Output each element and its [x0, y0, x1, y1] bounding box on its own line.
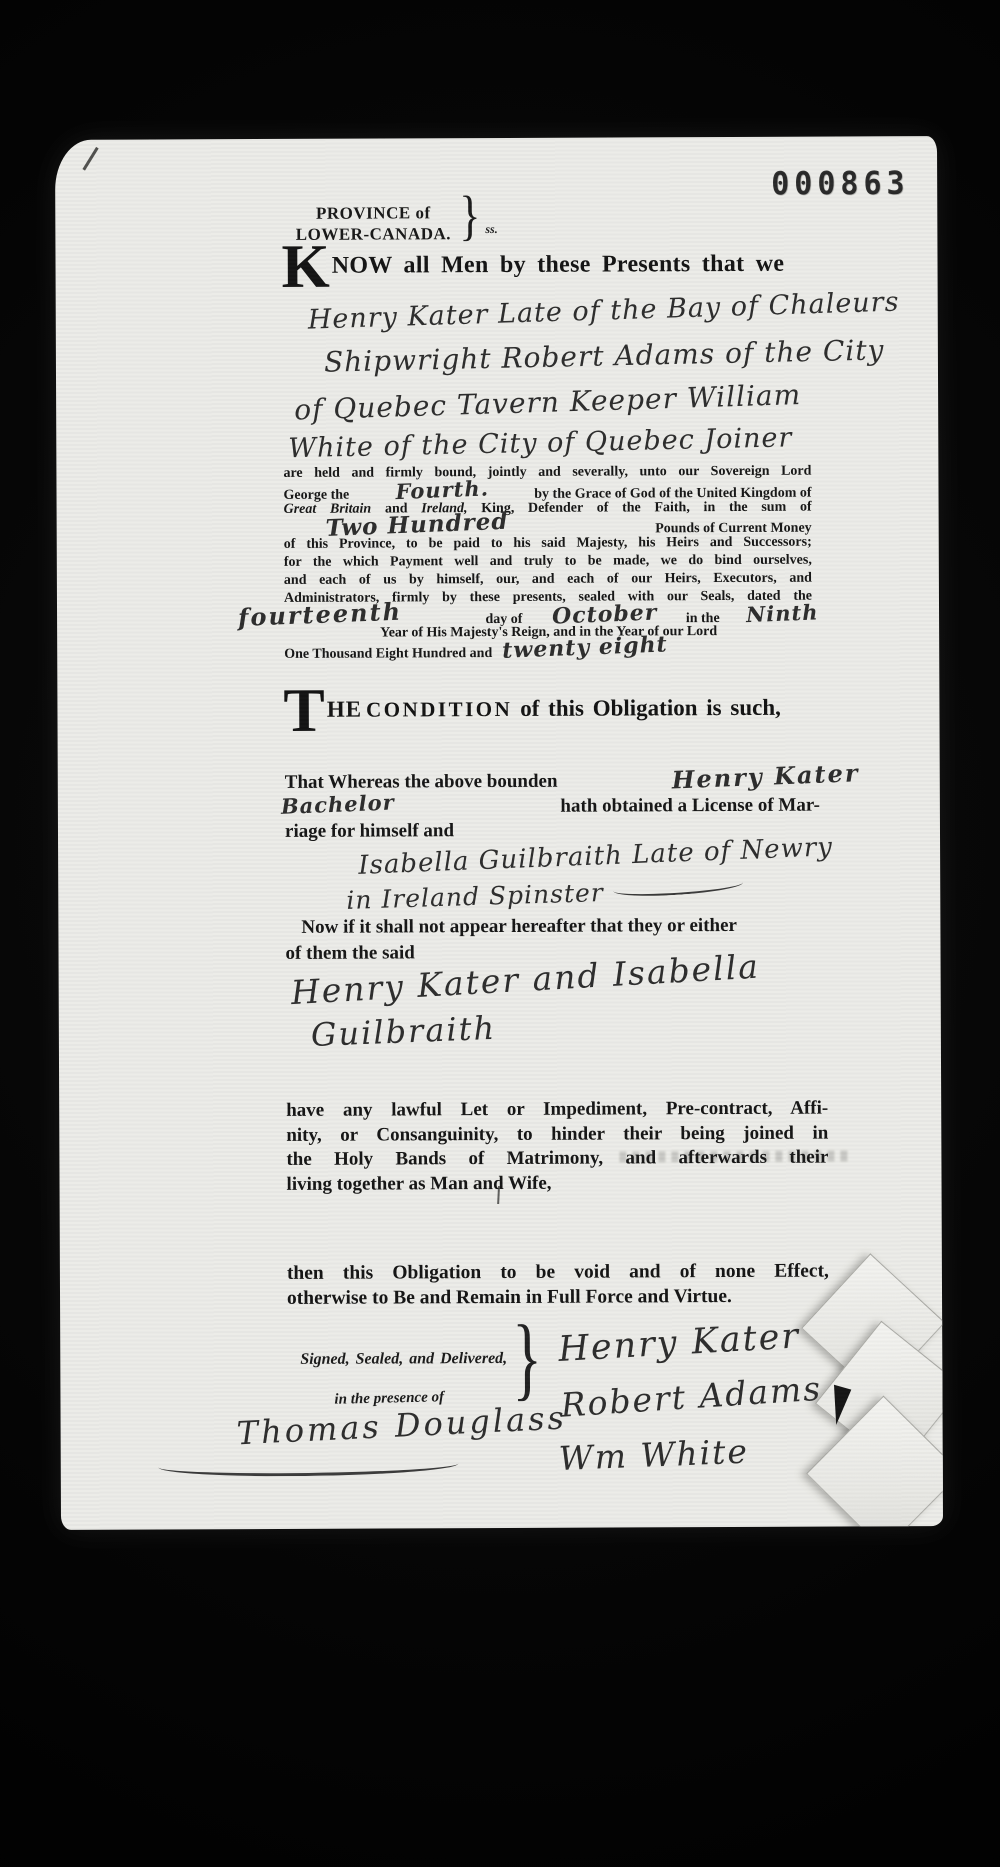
handwritten-obligors-line4: White of the City of Quebec Joiner — [288, 422, 793, 464]
microfilm-frame: 000863 PROVINCE of LOWER-CANADA. } ss. K… — [0, 0, 1000, 1867]
whereas-paragraph: That Whereas the above bounden Henry Kat… — [285, 765, 830, 845]
penalty-line-2: otherwise to Be and Remain in Full Force… — [287, 1284, 829, 1311]
proviso-line-1: Now if it shall not appear hereafter tha… — [285, 913, 830, 941]
bond-line-1: are held and firmly bound, jointly and s… — [283, 463, 811, 483]
handwritten-groom-name: Henry Kater — [672, 760, 861, 793]
condition-tail: of this Obligation is such, — [520, 695, 781, 721]
bond-line-6: for the which Payment well and truly to … — [284, 552, 812, 572]
handwritten-obligors-line3: of Quebec Tavern Keeper William — [294, 378, 802, 426]
handwritten-obligors-line1: Henry Kater Late of the Bay of Chaleurs — [307, 287, 899, 336]
opening-heading: KNOW all Men by these Presents that we — [281, 240, 881, 292]
whereas-line-2-text: hath obtained a License of Mar- — [560, 793, 820, 820]
bleed-through-artifact — [619, 1150, 849, 1162]
film-artifact — [82, 147, 98, 171]
handwritten-groom-status: Bachelor — [280, 789, 395, 819]
document-page: 000863 PROVINCE of LOWER-CANADA. } ss. K… — [55, 136, 943, 1530]
handwritten-king-ordinal: Fourth. — [395, 479, 489, 500]
signature-henry-kater: Henry Kater — [557, 1316, 801, 1370]
handwritten-day: fourteenth — [238, 603, 403, 627]
pen-mark-artifact — [497, 1186, 500, 1204]
handwritten-amount: Two Hundred — [325, 513, 508, 538]
bond-line-11: One Thousand Eight Hundred and twenty ei… — [284, 641, 812, 661]
handwritten-obligors-line2: Shipwright Robert Adams of the City — [324, 333, 885, 378]
signature-wm-white: Wm White — [558, 1432, 750, 1478]
impediment-line-2: nity, or Consanguinity, to hinder their … — [286, 1121, 828, 1148]
handwritten-regnal-year: Ninth — [745, 604, 818, 625]
dropcap-k: K — [281, 233, 332, 301]
pen-flourish — [613, 874, 744, 898]
serial-number-stamp: 000863 — [771, 165, 910, 203]
jurat-ss-abbrev: ss. — [485, 222, 497, 237]
bond-line-7: and each of us by himself, our, and each… — [284, 569, 812, 589]
impediment-paragraph: have any lawful Let or Impediment, Pre-c… — [286, 1097, 828, 1198]
handwritten-bride-line2: in Ireland Spinster — [346, 874, 744, 915]
signature-brace-glyph: } — [512, 1306, 542, 1413]
jurat-line1: PROVINCE of — [287, 202, 459, 224]
bond-paragraph: are held and firmly bound, jointly and s… — [283, 463, 812, 661]
pen-flourish — [158, 1453, 458, 1478]
impediment-line-1: have any lawful Let or Impediment, Pre-c… — [286, 1097, 828, 1124]
opening-heading-text: NOW all Men by these Presents that we — [332, 251, 785, 279]
condition-heading: THE CONDITIONof this Obligation is such, — [283, 685, 781, 737]
impediment-line-4: living together as Man and Wife, — [286, 1170, 828, 1197]
bond-line-3-post: King, Defender of the Faith, in the sum … — [481, 499, 811, 515]
bond-line-2: George the Fourth. by the Grace of God o… — [283, 480, 811, 500]
handwritten-year: twenty eight — [501, 636, 667, 660]
signature-robert-adams: Robert Adams — [559, 1369, 823, 1425]
dropcap-t: T — [283, 677, 327, 745]
attestation-line1: Signed, Sealed, and Delivered, — [300, 1350, 507, 1369]
witness-signature-text: Thomas Douglass — [236, 1399, 568, 1453]
bond-line-4: Two Hundred Pounds of Current Money — [284, 516, 812, 536]
brace-glyph: } — [459, 184, 480, 248]
handwritten-bride-line2-text: in Ireland Spinster — [346, 878, 604, 915]
handwritten-month: October — [552, 605, 658, 627]
penalty-line-1: then this Obligation to be void and of n… — [287, 1259, 829, 1286]
whereas-line-2: Bachelor hath obtained a License of Mar- — [285, 791, 830, 819]
condition-he: HE — [327, 697, 362, 722]
condition-word: CONDITION — [366, 697, 512, 722]
witness-signature: Thomas Douglass — [236, 1399, 568, 1453]
penalty-paragraph: then this Obligation to be void and of n… — [287, 1259, 829, 1311]
whereas-line-1: That Whereas the above bounden Henry Kat… — [285, 765, 830, 793]
bond-line-9: fourteenth day of October in the Ninth — [284, 605, 812, 625]
bond-line-11-pre: One Thousand Eight Hundred and — [284, 646, 492, 662]
handwritten-couple-names-line2: Guilbraith — [310, 1009, 497, 1054]
